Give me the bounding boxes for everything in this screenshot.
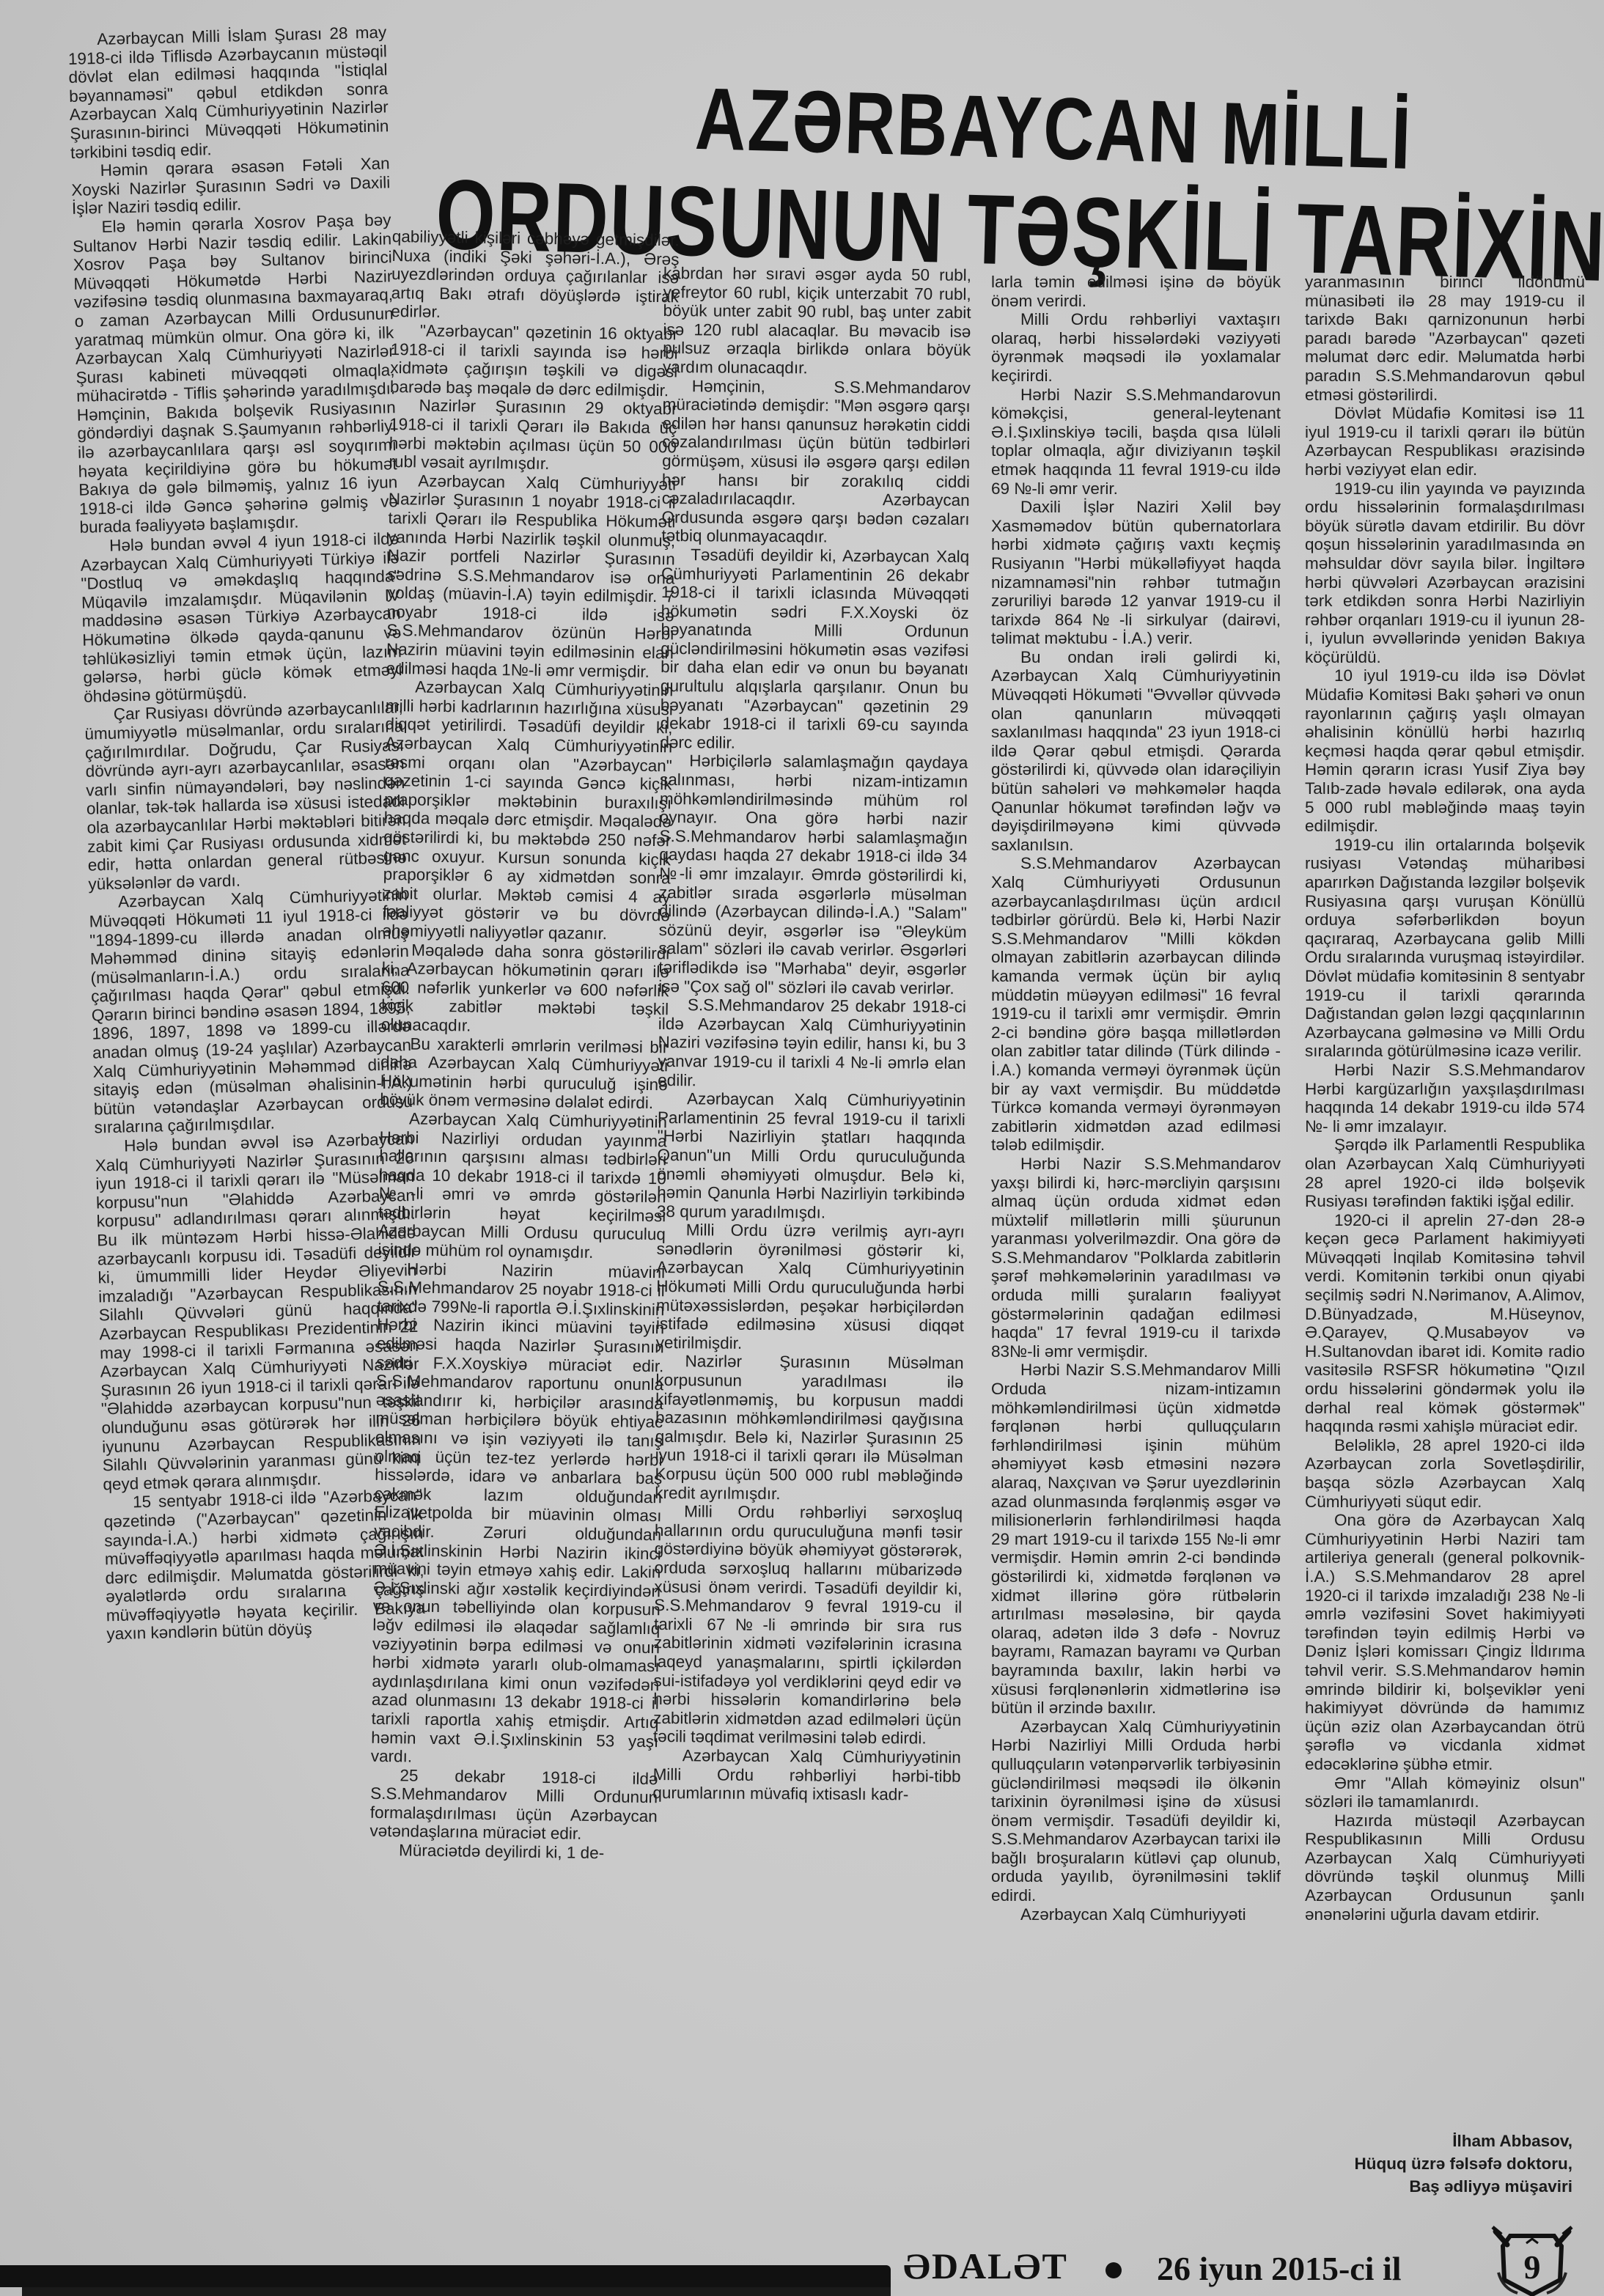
article-column-5: yaranmasının birinci ildönümü münasibəti… — [1305, 273, 1585, 1924]
paragraph: Azərbaycan Xalq Cümhuriyyətinin Hərbi Na… — [991, 1718, 1281, 1905]
paragraph: Elə həmin qərarla Xosrov Paşa bəy Sultan… — [72, 210, 399, 537]
paragraph: Bu xarakterli əmrlərin verilməsi bir dah… — [380, 1034, 668, 1113]
article-column-1: Azərbaycan Milli İslam Şurası 28 may 191… — [67, 23, 426, 1644]
author-signature: İlham Abbasov, Hüquq üzrə fəlsəfə doktor… — [1290, 2130, 1572, 2198]
paragraph: Azərbaycan Xalq Cümhuriyyətinin Milli Or… — [652, 1746, 961, 1805]
paragraph: Milli Ordu rəhbərliyi vaxtaşırı olaraq, … — [991, 310, 1281, 385]
paragraph: Hərbi Nazir S.S.Mehmandarov Milli Orduda… — [991, 1361, 1281, 1717]
paragraph: S.S.Mehmandarov 25 dekabr 1918-ci ildə A… — [658, 996, 966, 1092]
paragraph: 1919-cu ilin yayında və payızında ordu h… — [1305, 479, 1585, 667]
author-name: İlham Abbasov, — [1290, 2130, 1572, 2152]
page-number: 9 — [1488, 2248, 1576, 2286]
paragraph: Dövlət Müdafiə Komitəsi isə 11 iyul 1919… — [1305, 404, 1585, 479]
paragraph: 1920-ci il aprelin 27-dən 28-ə keçən gec… — [1305, 1211, 1585, 1436]
paragraph: "Azərbaycan" qəzetinin 16 oktyabr 1918-c… — [390, 321, 678, 400]
paragraph: Daxili İşlər Naziri Xəlil bəy Xasməmədov… — [991, 498, 1281, 648]
paragraph: Təsadüfi deyildir ki, Azərbaycan Xalq Cü… — [660, 545, 969, 754]
paragraph: Azərbaycan Xalq Cümhuriyyətinin milli hə… — [382, 677, 673, 944]
paragraph: Azərbaycan Xalq Cümhuriyyətinin Hərbi Na… — [378, 1109, 667, 1263]
paragraph: Müraciətdə deyilirdi ki, 1 de- — [369, 1841, 657, 1863]
paragraph: 25 dekabr 1918-ci ildə S.S.Mehmandarov M… — [369, 1765, 658, 1844]
paragraph: Nazirlər Şurasının Müsəlman korpusunun y… — [655, 1352, 963, 1504]
issue-date: 26 iyun 2015-ci il — [1157, 2249, 1402, 2288]
paragraph: Hərbi Nazir S.S.Mehmandarov Hərbi kargüz… — [1305, 1061, 1585, 1136]
paragraph: Həmçinin, S.S.Mehmandarov müraciətində d… — [661, 377, 971, 548]
newspaper-page: AZƏRBAYCAN MİLLİ ORDUSUNUN TƏŞKİLİ TARİX… — [0, 0, 1604, 2296]
paragraph: Əmr "Allah köməyiniz olsun" sözləri ilə … — [1305, 1774, 1585, 1811]
paragraph: Milli Ordu rəhbərliyi sərxoşluq halların… — [653, 1502, 963, 1748]
article-column-3: kabrdan hər sıravi əsgər ayda 50 rubl, y… — [652, 264, 971, 1805]
newspaper-masthead: ƏDALƏT — [903, 2245, 1068, 2287]
paragraph: kabrdan hər sıravi əsgər ayda 50 rubl, y… — [663, 264, 971, 378]
paragraph: 1919-cu ilin ortalarında bolşevik rusiya… — [1305, 836, 1585, 1061]
article-column-2: qabiliyyətli kişiləri cəbhəyə getmişdilə… — [369, 227, 680, 1863]
paragraph: Hərbiçilərlə salamlaşmağın qaydaya salın… — [658, 751, 968, 998]
paragraph: Azərbaycan Milli İslam Şurası 28 may 191… — [67, 23, 389, 162]
article-column-4: larla təmin edilməsi işinə də böyük önəm… — [991, 273, 1281, 1924]
paragraph: Hərbi Nazirin müavini S.S.Mehmandarov 25… — [371, 1259, 666, 1770]
paragraph: Bu ondan irəli gəlirdi ki, Azərbaycan Xa… — [991, 648, 1281, 855]
paragraph: Hərbi Nazir S.S.Mehmandarovun köməkçisi,… — [991, 386, 1281, 498]
paragraph: 10 iyul 1919-cu ildə isə Dövlət Müdafiə … — [1305, 666, 1585, 835]
bullet-dot-icon — [1105, 2262, 1122, 2278]
shield-swords-emblem-icon: 9 — [1488, 2221, 1576, 2296]
paragraph: qabiliyyətli kişiləri cəbhəyə getmişdilə… — [391, 227, 680, 325]
paragraph: yaranmasının birinci ildönümü münasibəti… — [1305, 273, 1585, 404]
paragraph: Azərbaycan Xalq Cümhuriyyətinin Parlamen… — [657, 1089, 965, 1223]
paragraph: Hələ bundan əvvəl 4 iyun 1918-ci ildə Az… — [80, 529, 402, 706]
paragraph: Məqalədə daha sonra göstərilirdi ki, Azə… — [381, 940, 670, 1037]
footer-rule — [0, 2265, 891, 2287]
paragraph: Ona görə də Azərbaycan Xalq Cümhuriyyəti… — [1305, 1511, 1585, 1773]
paragraph: Şərqdə ilk Parlamentli Respublika olan A… — [1305, 1136, 1585, 1210]
paragraph: Beləliklə, 28 aprel 1920-ci ildə Azərbay… — [1305, 1436, 1585, 1511]
paragraph: S.S.Mehmandarov Azərbaycan Xalq Cümhuriy… — [991, 854, 1281, 1155]
paragraph: larla təmin edilməsi işinə də böyük önəm… — [991, 273, 1281, 310]
author-position: Baş ədliyyə müşaviri — [1290, 2175, 1572, 2198]
paragraph: Azərbaycan Xalq Cümhuriyyəti Nazirlər Şu… — [386, 471, 676, 682]
author-title: Hüquq üzrə fəlsəfə doktoru, — [1290, 2152, 1572, 2175]
paragraph: Hələ bundan əvvəl isə Azərbaycan Xalq Cü… — [95, 1130, 422, 1494]
paragraph: Milli Ordu üzrə verilmiş ayrı-ayrı sənəd… — [656, 1221, 965, 1354]
paragraph: Hərbi Nazir S.S.Mehmandarov yaxşı bilird… — [991, 1155, 1281, 1361]
paragraph: Nazirlər Şurasının 29 oktyabr 1918-ci il… — [389, 396, 677, 475]
paragraph: Azərbaycan Xalq Cümhuriyyətinin Müvəqqət… — [89, 886, 413, 1137]
paragraph: Həmin qərara əsasən Fətəli Xan Xoyski Na… — [70, 154, 391, 218]
paragraph: Çar Rusiyası dövründə azərbaycanlılar, ü… — [84, 698, 408, 893]
paragraph: Hazırda müstəqil Azərbaycan Respublikası… — [1305, 1811, 1585, 1924]
paragraph: Azərbaycan Xalq Cümhuriyyəti — [991, 1905, 1281, 1924]
